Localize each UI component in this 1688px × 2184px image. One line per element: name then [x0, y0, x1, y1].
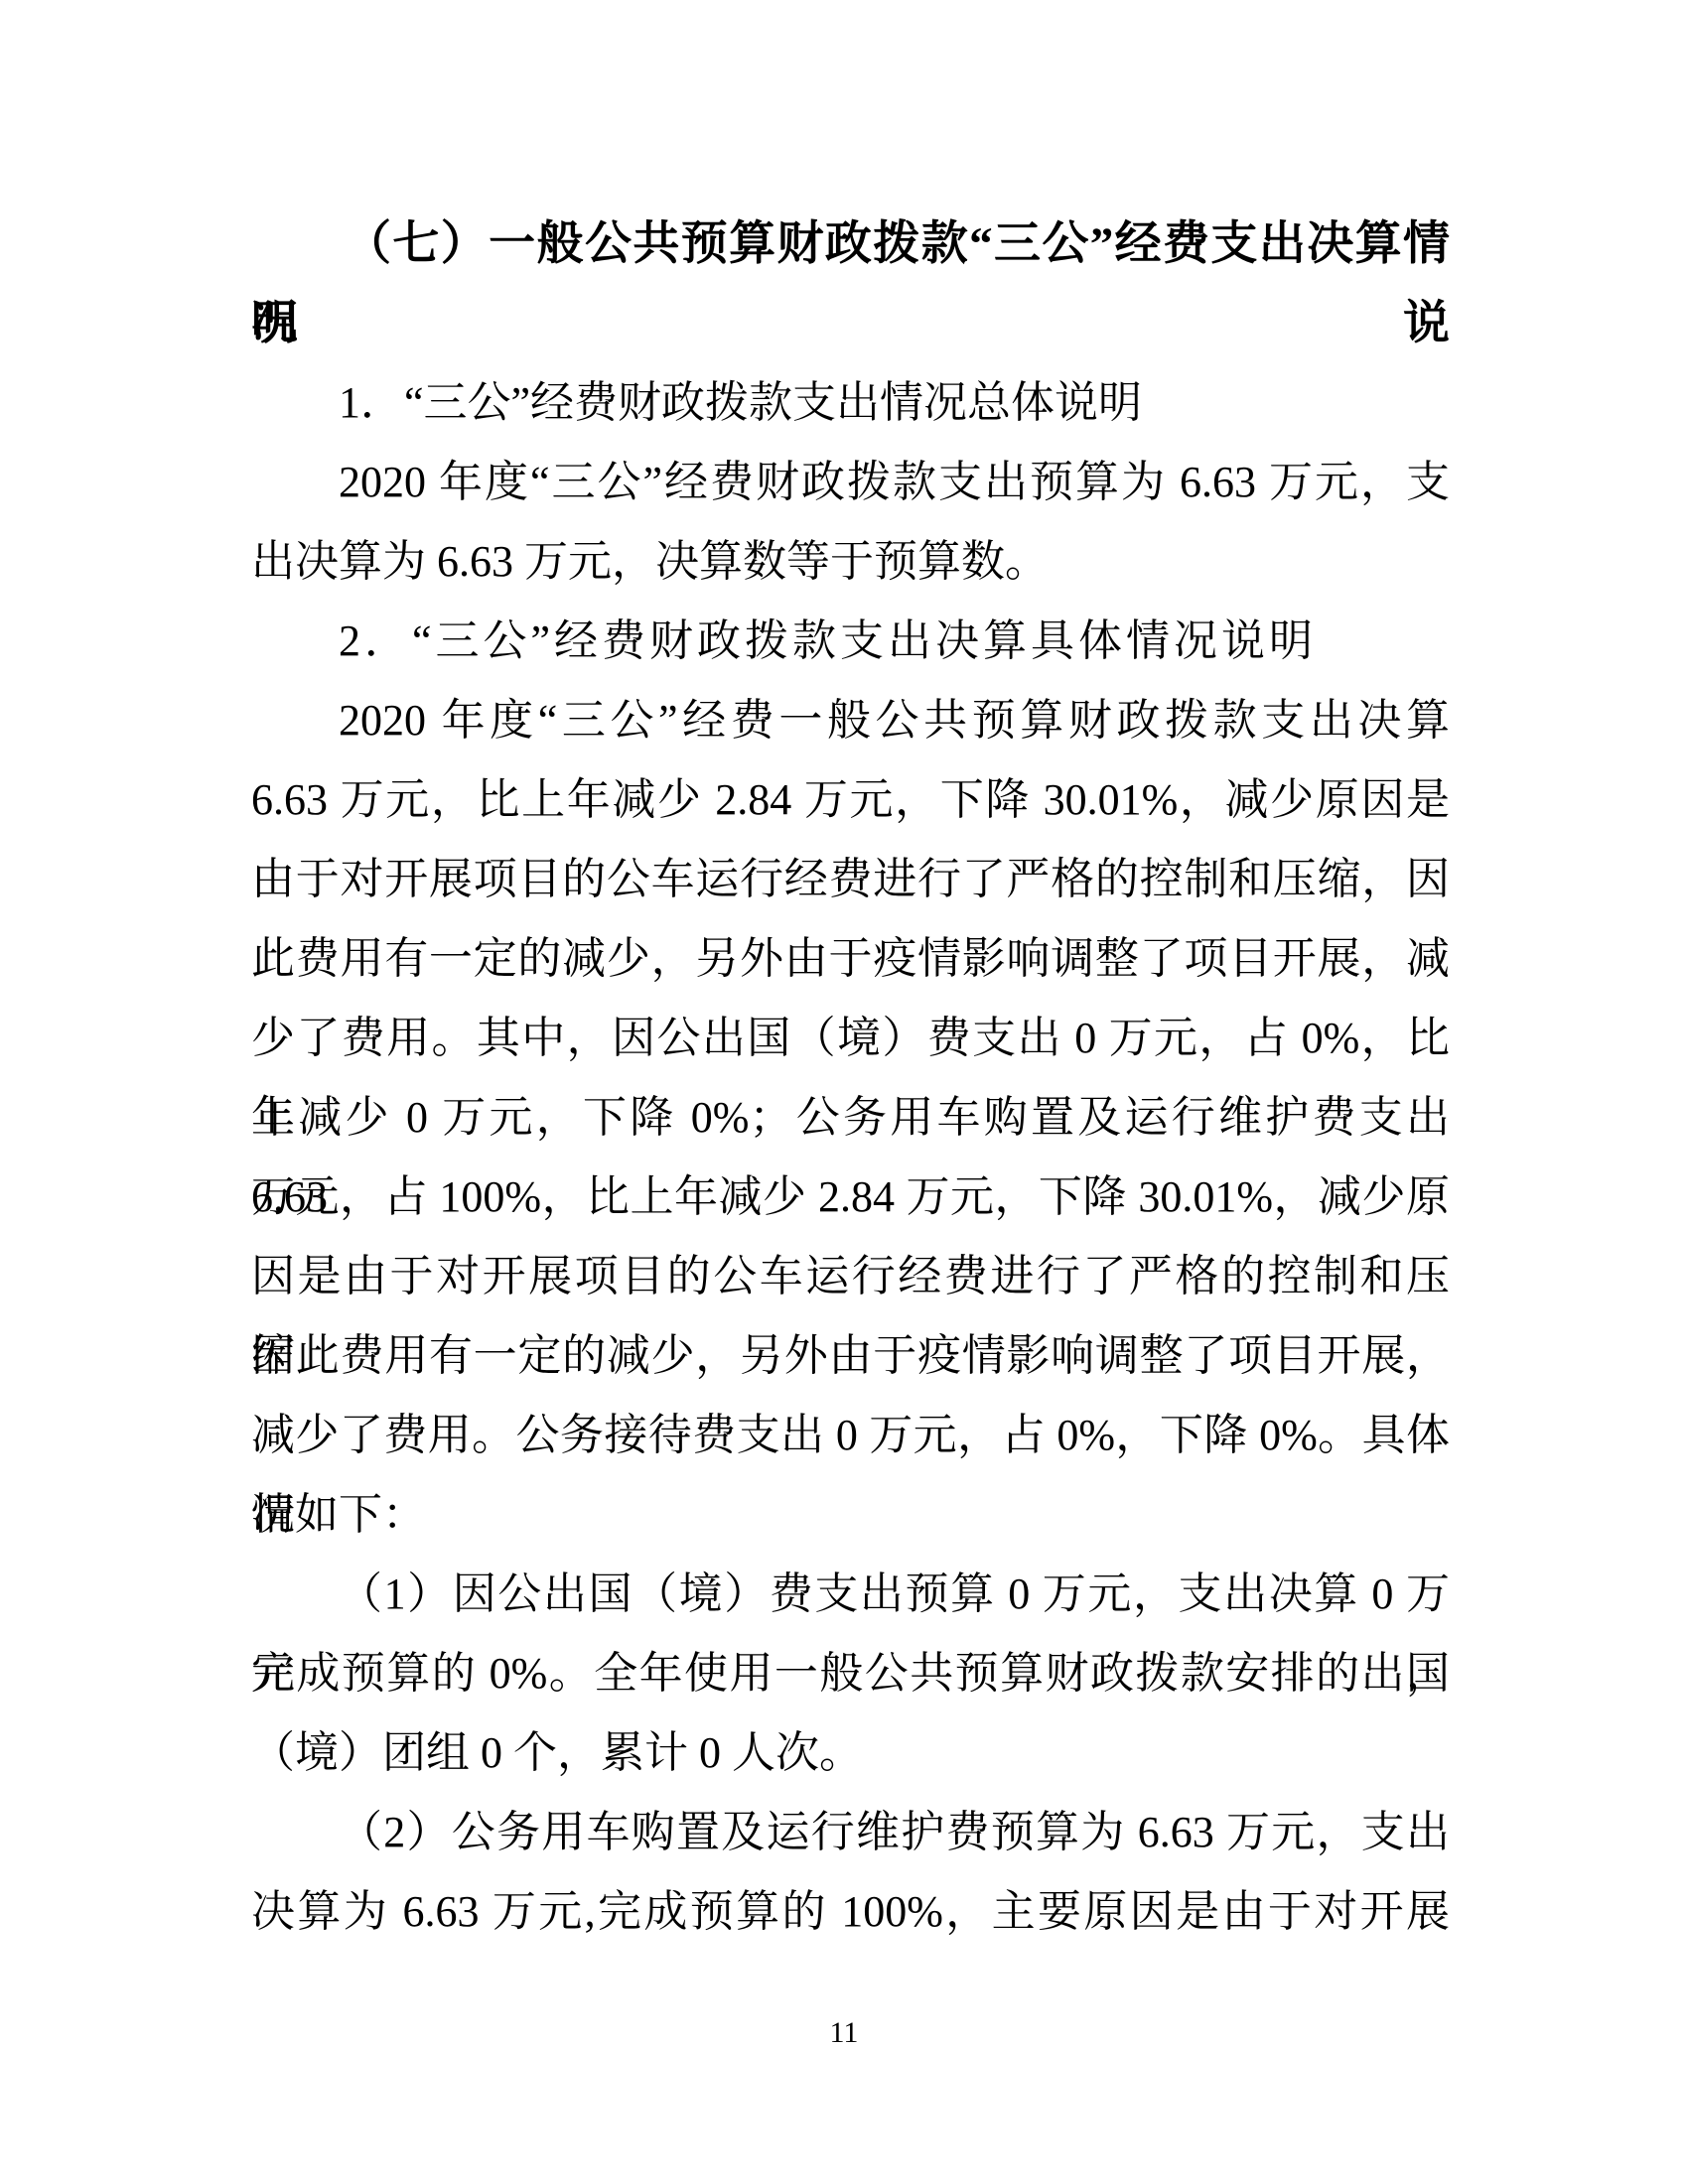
paragraph-3-line-1: （1）因公出国（境）费支出预算 0 万元，支出决算 0 万元， — [251, 1555, 1450, 1634]
paragraph-4-line-2: 决算为 6.63 万元,完成预算的 100%，主要原因是由于对开展 — [251, 1872, 1450, 1952]
paragraph-1-line-1: 2020 年度“三公”经费财政拨款支出预算为 6.63 万元，支 — [251, 443, 1450, 522]
subheading-1: 1．“三公”经费财政拨款支出情况总体说明 — [251, 363, 1450, 443]
paragraph-2-line-10: 减少了费用。公务接待费支出 0 万元，占 0%，下降 0%。具体情 — [251, 1396, 1450, 1475]
paragraph-2-line-6: 年减少 0 万元，下降 0%；公务用车购置及运行维护费支出 6.63 — [251, 1078, 1450, 1158]
page-number: 11 — [0, 2013, 1688, 2053]
paragraph-2-line-1: 2020 年度“三公”经费一般公共预算财政拨款支出决算 — [251, 681, 1450, 760]
paragraph-3-line-3: （境）团组 0 个，累计 0 人次。 — [251, 1713, 1450, 1793]
paragraph-2-line-5: 少了费用。其中，因公出国（境）费支出 0 万元，占 0%，比上 — [251, 999, 1450, 1078]
paragraph-3-line-2: 完成预算的 0%。全年使用一般公共预算财政拨款安排的出国 — [251, 1634, 1450, 1713]
subheading-2: 2．“三公”经费财政拨款支出决算具体情况说明 — [251, 602, 1450, 681]
paragraph-2-line-8: 因是由于对开展项目的公车运行经费进行了严格的控制和压缩， — [251, 1237, 1450, 1316]
paragraph-2-line-2: 6.63 万元，比上年减少 2.84 万元，下降 30.01%，减少原因是 — [251, 760, 1450, 840]
paragraph-4-line-1: （2）公务用车购置及运行维护费预算为 6.63 万元，支出 — [251, 1793, 1450, 1872]
document-page: （七）一般公共预算财政拨款“三公”经费支出决算情况说 明 1．“三公”经费财政拨… — [251, 205, 1450, 1952]
paragraph-1-line-2: 出决算为 6.63 万元，决算数等于预算数。 — [251, 522, 1450, 602]
paragraph-2-line-3: 由于对开展项目的公车运行经费进行了严格的控制和压缩，因 — [251, 840, 1450, 919]
paragraph-2-line-7: 万元，占 100%，比上年减少 2.84 万元，下降 30.01%，减少原 — [251, 1158, 1450, 1237]
paragraph-2-line-4: 此费用有一定的减少，另外由于疫情影响调整了项目开展，减 — [251, 919, 1450, 999]
paragraph-2-line-11: 况如下： — [251, 1475, 1450, 1555]
paragraph-2-line-9: 因此费用有一定的减少，另外由于疫情影响调整了项目开展， — [251, 1316, 1450, 1396]
heading-line-1: （七）一般公共预算财政拨款“三公”经费支出决算情况说 — [251, 205, 1450, 284]
